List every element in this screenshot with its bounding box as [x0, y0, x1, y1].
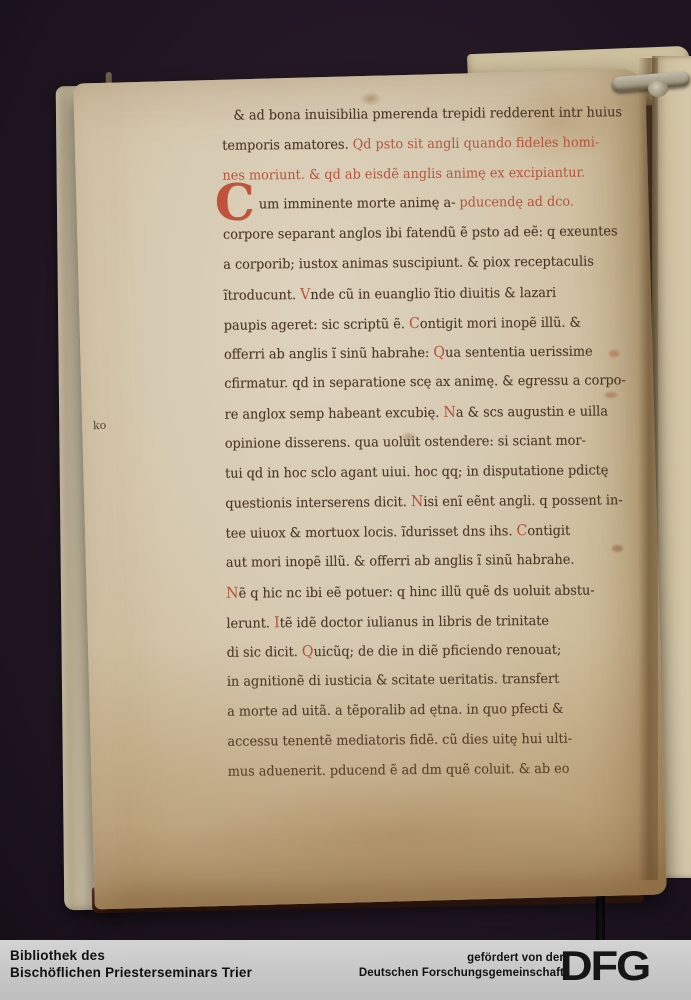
- text-segment: tee uiuox & mortuox locis. ĩdurisset dns…: [226, 523, 517, 542]
- text-segment: a & scs augustin e uilla: [456, 403, 608, 420]
- manuscript-line: offerri ab anglis ĩ sinũ habrahe: Qua se…: [224, 337, 606, 370]
- manuscript-line: corpore separant anglos ibi fatendũ ẽ ps…: [223, 218, 605, 251]
- text-segment: a morte ad uitã. a tẽporalib ad ętna. in…: [227, 701, 564, 720]
- text-segment: tẽ idẽ doctor iulianus in libris de trin…: [280, 612, 549, 630]
- text-segment: in agnitionẽ di iusticia & scitate uerit…: [227, 671, 560, 690]
- text-segment: re anglox semp habeant excubię.: [224, 405, 443, 423]
- text-segment: corpore separant anglos ibi fatendũ ẽ ps…: [223, 223, 618, 242]
- ink-showthrough: [605, 392, 617, 398]
- rubric-segment: N: [443, 403, 456, 421]
- text-segment: aut mori inopẽ illũ. & offerri ab anglis…: [226, 552, 575, 571]
- text-segment: ontigit mori inopẽ illũ. &: [420, 314, 581, 331]
- marginal-note: ko: [93, 419, 107, 432]
- manuscript-line: in agnitionẽ di iusticia & scitate uerit…: [227, 665, 609, 698]
- manuscript-text: C & ad bona inuisibilia pmerenda trepidi…: [222, 98, 630, 787]
- manuscript-line: nes moriunt. & qd ab eisdẽ anglis animę …: [222, 158, 604, 191]
- text-segment: & ad bona inuisibilia pmerenda trepidi r…: [233, 104, 622, 123]
- footer-bar: Bibliothek des Bischöflichen Priestersem…: [0, 940, 691, 1000]
- manuscript-line: re anglox semp habeant excubię. Na & scs…: [224, 396, 606, 429]
- manuscript-line: ĩtroducunt. Vnde cũ in euanglio ĩtio diu…: [223, 277, 605, 310]
- parchment-stain: [182, 770, 615, 901]
- text-segment: temporis amatores.: [222, 136, 353, 153]
- text-segment: a corporib; iustox animas suscipiunt. & …: [223, 253, 594, 272]
- library-line2: Bischöflichen Priesterseminars Trier: [10, 964, 252, 981]
- manuscript-line: tee uiuox & mortuox locis. ĩdurisset dns…: [225, 516, 607, 549]
- text-segment: ua sententia uerissime: [445, 344, 593, 361]
- funding-attribution: gefördert von der Deutschen Forschungsge…: [359, 951, 564, 980]
- library-line1: Bibliothek des: [10, 947, 252, 964]
- text-segment: offerri ab anglis ĩ sinũ habrahe:: [224, 345, 434, 363]
- dfg-logo: DFG: [560, 945, 683, 989]
- manuscript-line: um imminente morte animę a- pducendę ad …: [223, 188, 605, 221]
- rubric-segment: C: [409, 314, 420, 332]
- manuscript-line: Nẽ q hic nc ibi eẽ potuer: q hinc illũ q…: [226, 575, 608, 608]
- text-segment: uicũq; de die in diẽ pficiendo renouat;: [313, 642, 561, 660]
- parchment-page: C & ad bona inuisibilia pmerenda trepidi…: [73, 69, 666, 910]
- text-segment: accessu tenentẽ mediatoris fidẽ. cũ dies…: [227, 730, 572, 749]
- funding-line2: Deutschen Forschungsgemeinschaft: [359, 966, 564, 981]
- manuscript-line: accessu tenentẽ mediatoris fidẽ. cũ dies…: [227, 724, 609, 757]
- text-segment: opinione disserens. qua uoluit ostendere…: [225, 432, 586, 451]
- ink-showthrough: [609, 350, 619, 357]
- rubric-segment: N: [226, 583, 239, 601]
- library-attribution: Bibliothek des Bischöflichen Priestersem…: [10, 947, 252, 981]
- rubric-segment: pducendę ad dco.: [455, 194, 574, 211]
- manuscript-photo: C & ad bona inuisibilia pmerenda trepidi…: [0, 0, 691, 940]
- funding-line1: gefördert von der: [359, 951, 564, 966]
- text-segment: ontigit: [527, 523, 570, 539]
- manuscript-line: opinione disserens. qua uoluit ostendere…: [225, 426, 607, 459]
- text-segment: lerunt.: [226, 615, 274, 631]
- manuscript-line: & ad bona inuisibilia pmerenda trepidi r…: [222, 98, 604, 131]
- manuscript-line: tui qd in hoc sclo agant uiui. hoc qq; i…: [225, 456, 607, 489]
- manuscript-line: questionis interserens dicit. Nisi enĩ e…: [225, 486, 607, 519]
- text-segment: cfirmatur. qd in separatione scę ax anim…: [224, 372, 626, 392]
- manuscript-line: lerunt. Itẽ idẽ doctor iulianus in libri…: [226, 605, 608, 638]
- text-segment: isi enĩ eẽnt angli. q possent in-: [423, 493, 622, 511]
- manuscript-line: temporis amatores. Qd psto sit angli qua…: [222, 128, 604, 161]
- text-segment: paupis ageret: sic scriptũ ẽ.: [224, 316, 409, 334]
- text-segment: ĩtroducunt.: [223, 287, 300, 304]
- manuscript-line: paupis ageret: sic scriptũ ẽ. Contigit m…: [224, 307, 606, 340]
- binding-thread-knot: [648, 80, 668, 97]
- text-segment: mus aduenerit. pducend ẽ ad dm quẽ colui…: [228, 760, 570, 779]
- rubric-segment: Q: [302, 642, 314, 660]
- ink-showthrough: [612, 545, 623, 552]
- text-segment: nde cũ in euanglio ĩtio diuitis & lazari: [310, 285, 556, 303]
- manuscript-line: a morte ad uitã. a tẽporalib ad ętna. in…: [227, 694, 609, 727]
- text-segment: ẽ q hic nc ibi eẽ potuer: q hinc illũ qu…: [239, 582, 595, 601]
- rubric-segment: nes moriunt. & qd ab eisdẽ anglis animę …: [222, 164, 585, 183]
- rubric-segment: Qd psto sit angli quando fideles homi-: [353, 134, 600, 152]
- text-segment: questionis interserens dicit.: [225, 494, 411, 512]
- rubric-segment: C: [516, 521, 527, 539]
- rubric-segment: Q: [433, 343, 445, 361]
- rubric-segment: N: [411, 492, 424, 510]
- manuscript-line: aut mori inopẽ illũ. & offerri ab anglis…: [226, 545, 608, 578]
- manuscript-line: di sic dicit. Quicũq; de die in diẽ pfic…: [226, 635, 608, 668]
- text-segment: di sic dicit.: [227, 644, 302, 661]
- manuscript-line: cfirmatur. qd in separatione scę ax anim…: [224, 367, 606, 400]
- text-segment: tui qd in hoc sclo agant uiui. hoc qq; i…: [225, 462, 608, 481]
- manuscript-line: mus aduenerit. pducend ẽ ad dm quẽ colui…: [228, 754, 610, 787]
- text-segment: um imminente morte animę a-: [259, 195, 456, 213]
- illuminated-initial: C: [214, 179, 254, 225]
- manuscript-line: a corporib; iustox animas suscipiunt. & …: [223, 247, 605, 280]
- gutter-crease: [638, 58, 658, 880]
